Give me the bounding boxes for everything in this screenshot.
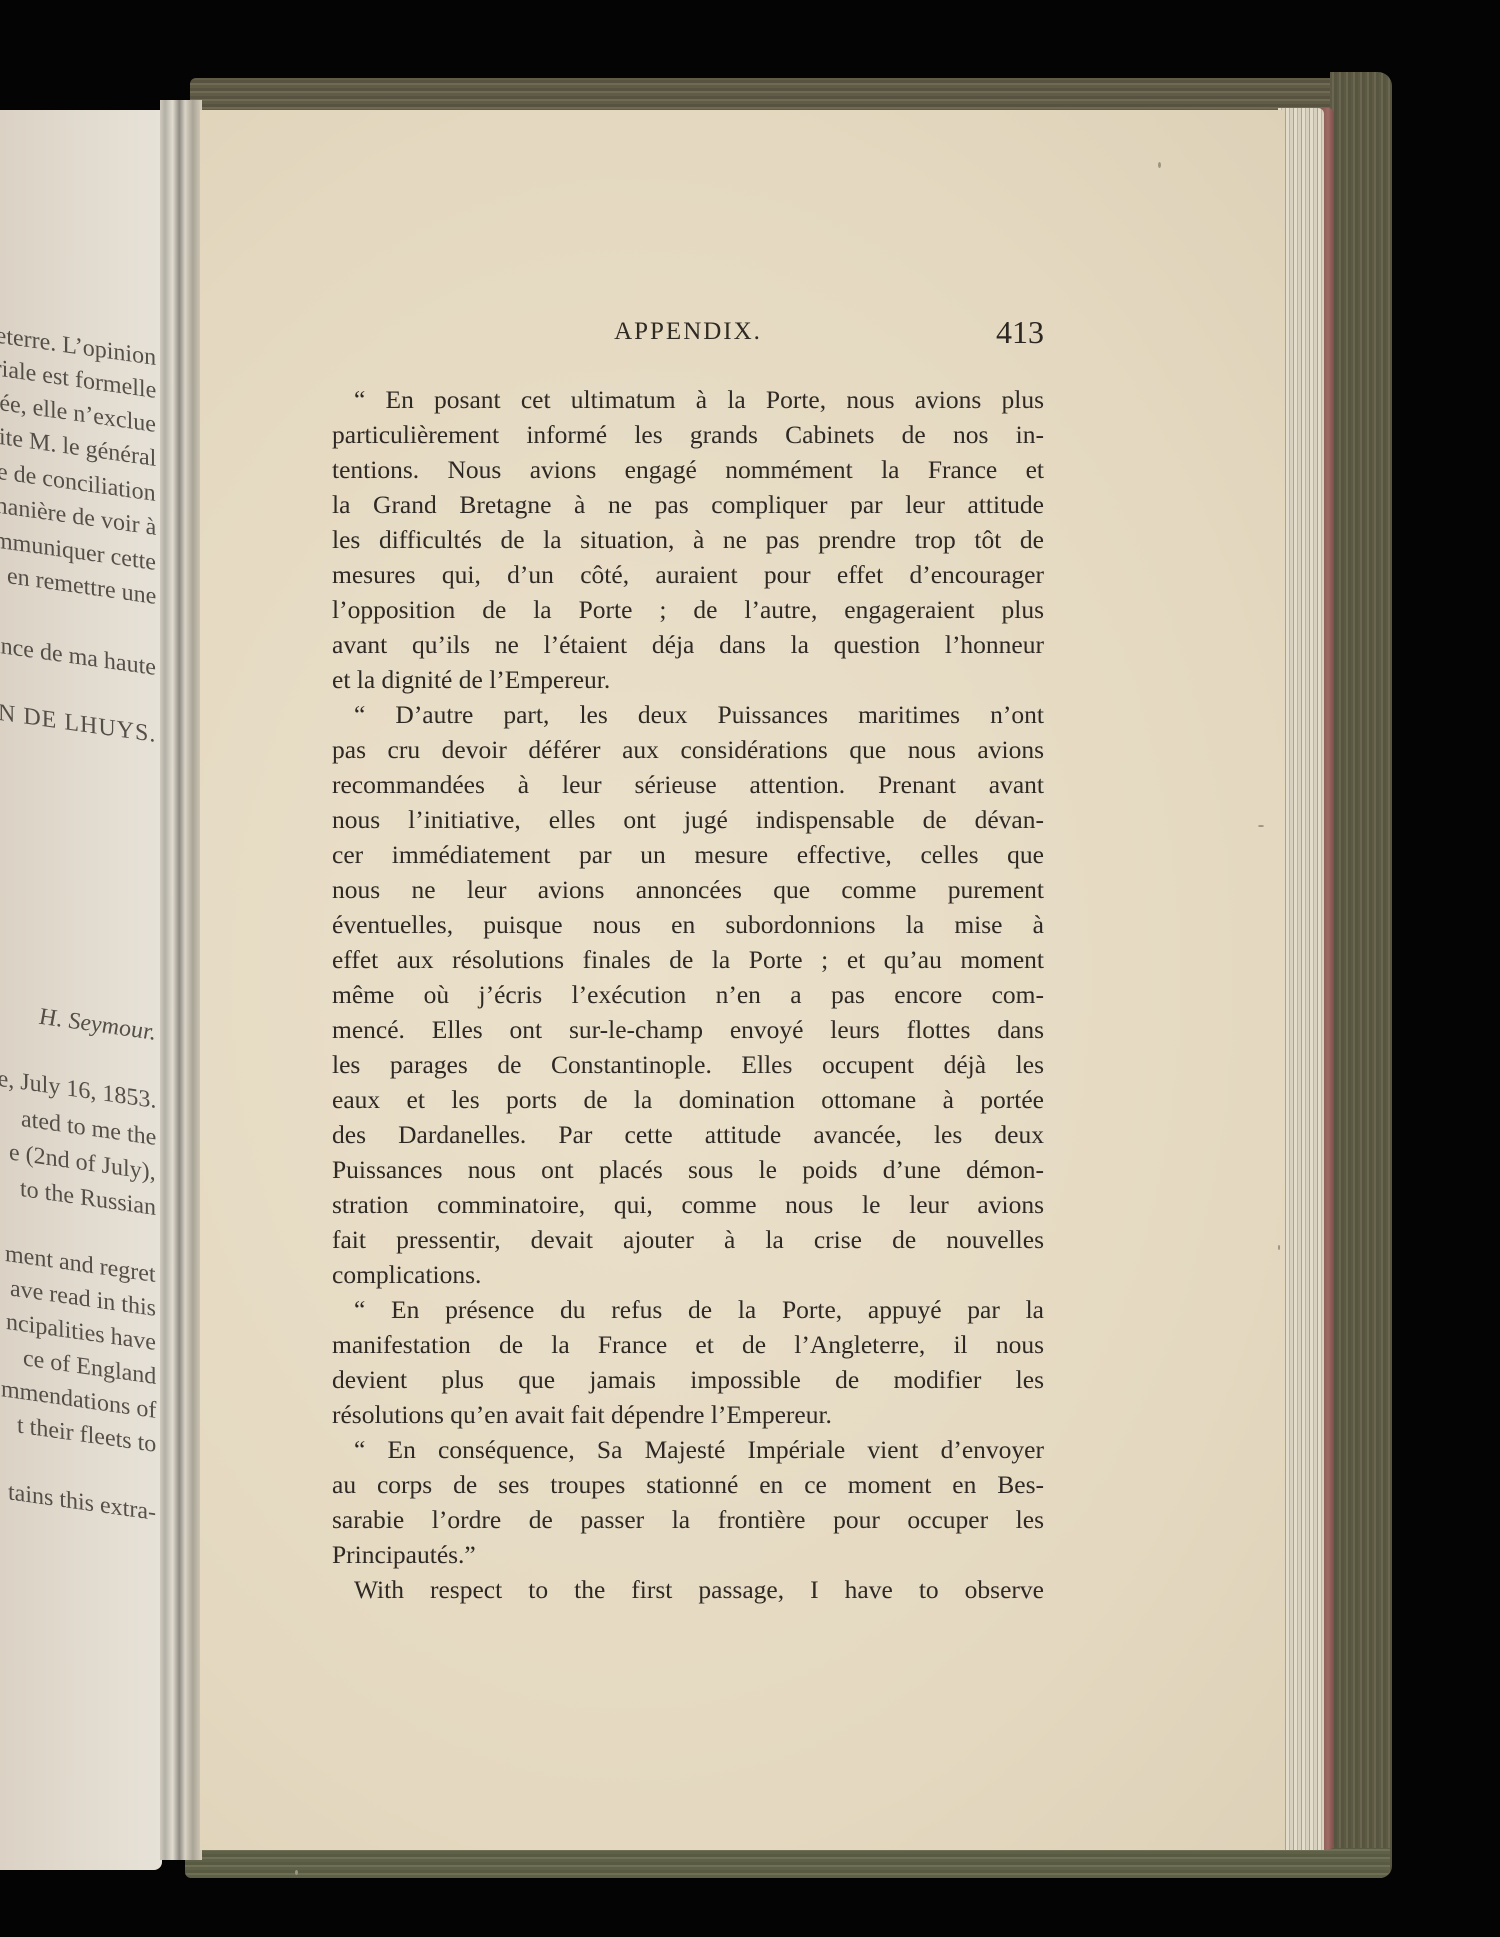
text-line: eaux et les ports de la domination ottom…: [332, 1082, 1044, 1117]
paper-speck: [295, 1870, 298, 1875]
paper-speck: [1258, 825, 1264, 827]
text-line: recommandées à leur sérieuse attention. …: [332, 767, 1044, 802]
text-line: avant qu’ils ne l’étaient déja dans la q…: [332, 627, 1044, 662]
left-page-text-fragment: N DE LHUYS.: [0, 700, 156, 749]
left-page-text-fragment: tains this extra-: [8, 1479, 156, 1527]
page-number: 413: [996, 314, 1044, 351]
left-page-text-fragment: H. Seymour.: [39, 1004, 156, 1047]
text-line: Puissances nous ont placés sous le poids…: [332, 1152, 1044, 1187]
text-line: Principautés.”: [332, 1537, 1044, 1572]
text-line: devient plus que jamais impossible de mo…: [332, 1362, 1044, 1397]
paper-speck: [1278, 1245, 1280, 1250]
text-line: les difficultés de la situation, à ne pa…: [332, 522, 1044, 557]
left-page: leterre. L’opinioneriale est formellensé…: [0, 110, 162, 1870]
text-line: la Grand Bretagne à ne pas compliquer pa…: [332, 487, 1044, 522]
body-text: “ En posant cet ultimatum à la Porte, no…: [332, 382, 1044, 1607]
text-line: même où j’écris l’exécution n’en a pas e…: [332, 977, 1044, 1012]
text-line: “ En conséquence, Sa Majesté Impériale v…: [332, 1432, 1044, 1467]
text-line: l’opposition de la Porte ; de l’autre, e…: [332, 592, 1044, 627]
text-line: nous ne leur avions annoncées que comme …: [332, 872, 1044, 907]
text-line: sarabie l’ordre de passer la frontière p…: [332, 1502, 1044, 1537]
text-line: With respect to the first passage, I hav…: [332, 1572, 1044, 1607]
text-line: des Dardanelles. Par cette attitude avan…: [332, 1117, 1044, 1152]
text-line: “ D’autre part, les deux Puissances mari…: [332, 697, 1044, 732]
text-line: et la dignité de l’Empereur.: [332, 662, 1044, 697]
paper-speck: [1158, 162, 1161, 168]
text-line: les parages de Constantinople. Elles occ…: [332, 1047, 1044, 1082]
text-line: mesures qui, d’un côté, auraient pour ef…: [332, 557, 1044, 592]
book-cover-cloth-bottom: [185, 1848, 1390, 1878]
running-head-title: APPENDIX.: [332, 318, 1044, 346]
text-line: manifestation de la France et de l’Angle…: [332, 1327, 1044, 1362]
text-line: tentions. Nous avions engagé nommément l…: [332, 452, 1044, 487]
text-line: “ En présence du refus de la Porte, appu…: [332, 1292, 1044, 1327]
text-line: complications.: [332, 1257, 1044, 1292]
text-line: éventuelles, puisque nous en subordonnio…: [332, 907, 1044, 942]
running-header: APPENDIX. 413: [332, 318, 1044, 358]
text-line: “ En posant cet ultimatum à la Porte, no…: [332, 382, 1044, 417]
text-line: cer immédiatement par un mesure effectiv…: [332, 837, 1044, 872]
text-line: particulièrement informé les grands Cabi…: [332, 417, 1044, 452]
text-line: pas cru devoir déférer aux considération…: [332, 732, 1044, 767]
left-page-text-fragment: ance de ma haute: [0, 632, 156, 682]
text-line: mencé. Elles ont sur-le-champ envoyé leu…: [332, 1012, 1044, 1047]
text-line: nous l’initiative, elles ont jugé indisp…: [332, 802, 1044, 837]
text-line: fait pressentir, devait ajouter à la cri…: [332, 1222, 1044, 1257]
text-line: effet aux résolutions finales de la Port…: [332, 942, 1044, 977]
text-line: au corps de ses troupes stationné en ce …: [332, 1467, 1044, 1502]
text-line: résolutions qu’en avait fait dépendre l’…: [332, 1397, 1044, 1432]
text-line: stration comminatoire, qui, comme nous l…: [332, 1187, 1044, 1222]
book-cover-cloth-right: [1330, 72, 1392, 1878]
book-gutter: [160, 100, 202, 1860]
